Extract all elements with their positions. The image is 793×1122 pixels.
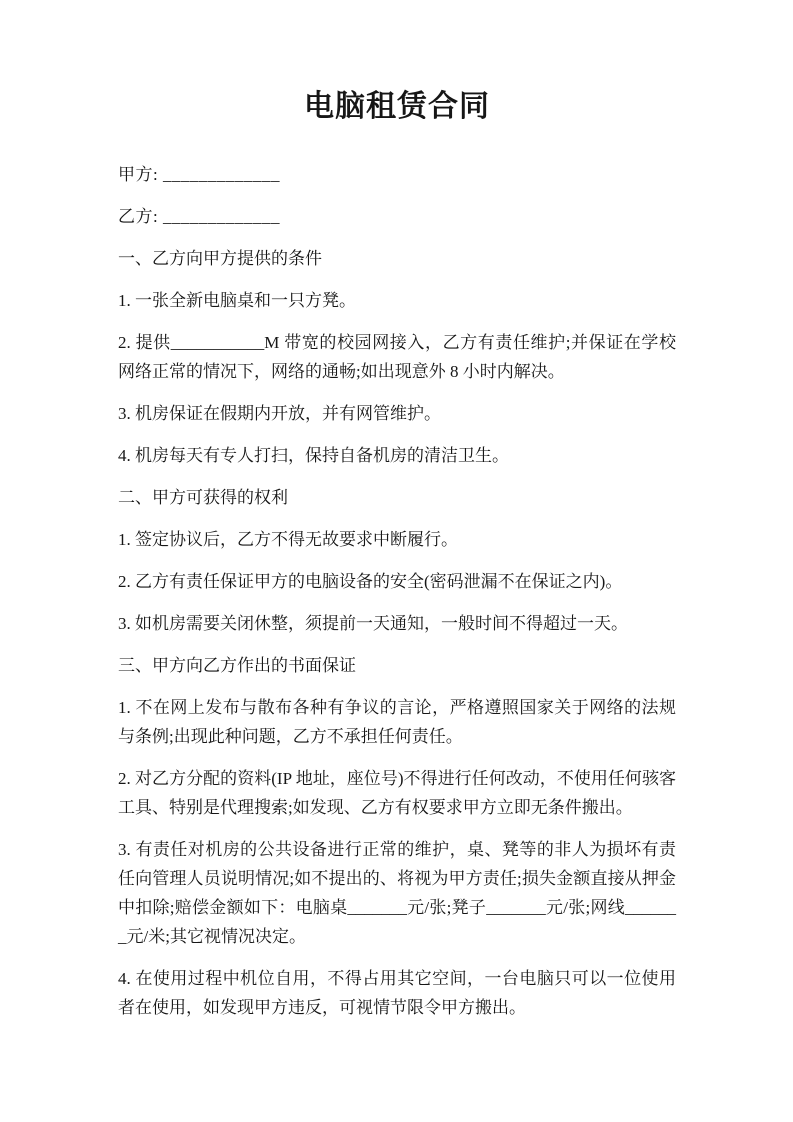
section-3-heading: 三、甲方向乙方作出的书面保证 — [118, 651, 676, 680]
section-3-clause-4: 4. 在使用过程中机位自用，不得占用其它空间，一台电脑只可以一位使用者在使用，如… — [118, 964, 676, 1022]
party-b-line: 乙方: _____________ — [118, 202, 676, 231]
document-title: 电脑租赁合同 — [118, 88, 676, 126]
section-1-clause-2: 2. 提供___________M 带宽的校园网接入，乙方有责任维护;并保证在学… — [118, 328, 676, 386]
section-2-clause-1: 1. 签定协议后，乙方不得无故要求中断履行。 — [118, 525, 676, 554]
party-a-line: 甲方: _____________ — [118, 160, 676, 189]
section-2-heading: 二、甲方可获得的权利 — [118, 483, 676, 512]
section-3-clause-1: 1. 不在网上发布与散布各种有争议的言论，严格遵照国家关于网络的法规与条例;出现… — [118, 693, 676, 751]
section-3-clause-2: 2. 对乙方分配的资料(IP 地址，座位号)不得进行任何改动，不使用任何骇客工具… — [118, 764, 676, 822]
section-1-clause-4: 4. 机房每天有专人打扫，保持自备机房的清洁卫生。 — [118, 441, 676, 470]
section-1-clause-3: 3. 机房保证在假期内开放，并有网管维护。 — [118, 399, 676, 428]
section-1-clause-1: 1. 一张全新电脑桌和一只方凳。 — [118, 286, 676, 315]
section-1-heading: 一、乙方向甲方提供的条件 — [118, 244, 676, 273]
document-page: 电脑租赁合同 甲方: _____________ 乙方: ___________… — [0, 0, 793, 1122]
section-2-clause-3: 3. 如机房需要关闭休整，须提前一天通知，一般时间不得超过一天。 — [118, 609, 676, 638]
section-3-clause-3: 3. 有责任对机房的公共设备进行正常的维护，桌、凳等的非人为损坏有责任向管理人员… — [118, 835, 676, 951]
section-2-clause-2: 2. 乙方有责任保证甲方的电脑设备的安全(密码泄漏不在保证之内)。 — [118, 567, 676, 596]
